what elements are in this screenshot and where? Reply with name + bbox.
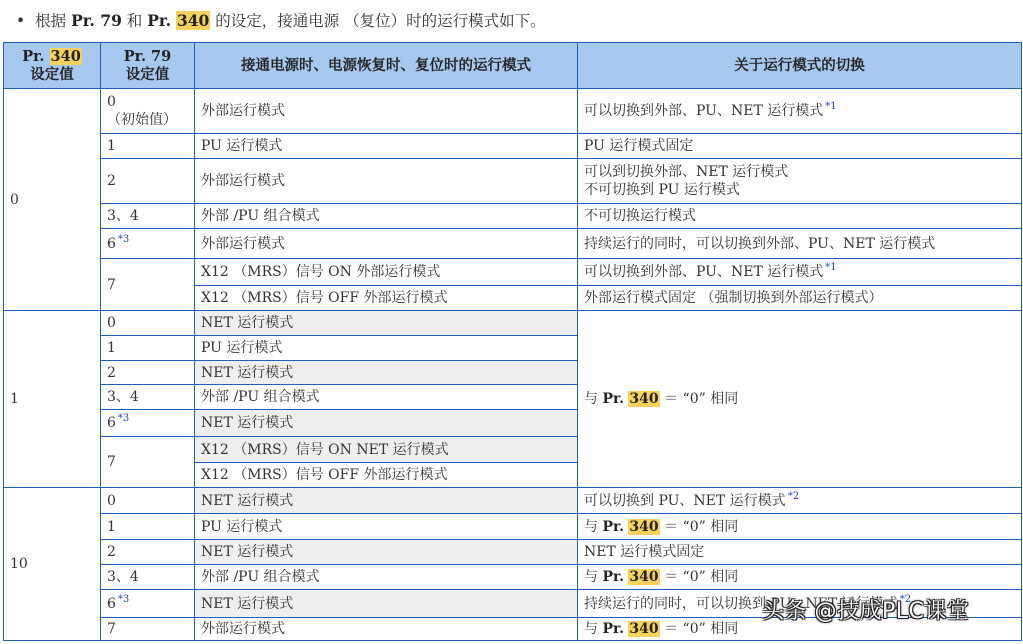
table-header-row: Pr. 340设定值 Pr. 79设定值 接通电源时、电源恢复时、复位时的运行模… — [4, 43, 1022, 89]
pr79-value: 6*3 — [101, 410, 195, 437]
mode-switch: 可以到切换外部、NET 运行模式不可切换到 PU 运行模式 — [578, 159, 1022, 204]
footnote-ref: *2 — [788, 491, 799, 502]
table-row: 3、4 外部 /PU 组合模式 与 Pr. 340 ＝ “0” 相同 — [4, 565, 1022, 590]
footnote-ref: *3 — [118, 234, 129, 245]
startup-mode: X12 （MRS）信号 OFF 外部运行模式 — [195, 286, 578, 311]
mode-switch: 外部运行模式固定 （强制切换到外部运行模式） — [578, 286, 1022, 311]
startup-mode: PU 运行模式 — [195, 336, 578, 361]
pr79-value: 6*3 — [101, 229, 195, 259]
table-row: 2 外部运行模式 可以到切换外部、NET 运行模式不可切换到 PU 运行模式 — [4, 159, 1022, 204]
table-row: 7 X12 （MRS）信号 ON 外部运行模式 可以切换到外部、PU、NET 运… — [4, 259, 1022, 286]
pr79-value: 7 — [101, 618, 195, 641]
mode-switch: 不可切换运行模式 — [578, 204, 1022, 229]
intro-sentence: •根据 Pr. 79 和 Pr. 340 的设定，接通电源 （复位）时的运行模式… — [16, 8, 546, 34]
pr79-value: 3、4 — [101, 385, 195, 410]
startup-mode: NET 运行模式 — [195, 540, 578, 565]
table-row: 3、4 外部 /PU 组合模式 不可切换运行模式 — [4, 204, 1022, 229]
startup-mode: NET 运行模式 — [195, 590, 578, 618]
mode-switch: NET 运行模式固定 — [578, 540, 1022, 565]
watermark: 头条 @技成PLC课堂 — [762, 594, 969, 625]
startup-mode: NET 运行模式 — [195, 361, 578, 385]
header-pr340: Pr. 340设定值 — [4, 43, 101, 89]
header-mode-switch: 关于运行模式的切换 — [578, 43, 1022, 89]
pr79-value: 1 — [101, 514, 195, 540]
startup-mode: 外部 /PU 组合模式 — [195, 385, 578, 410]
startup-mode: 外部运行模式 — [195, 618, 578, 641]
pr79-value: 0（初始值） — [101, 89, 195, 134]
pr340-value: 0 — [4, 89, 101, 311]
mode-switch-same-as-0: 与 Pr. 340 ＝ “0” 相同 — [578, 565, 1022, 590]
mode-switch: 可以切换到外部、PU、NET 运行模式*1 — [578, 259, 1022, 286]
header-pr79: Pr. 79设定值 — [101, 43, 195, 89]
mode-switch: 可以切换到外部、PU、NET 运行模式*1 — [578, 89, 1022, 134]
mode-switch-same-as-0: 与 Pr. 340 ＝ “0” 相同 — [578, 514, 1022, 540]
footnote-ref: *1 — [825, 101, 836, 112]
startup-mode: 外部 /PU 组合模式 — [195, 204, 578, 229]
pr79-value: 3、4 — [101, 204, 195, 229]
table-row: 1 PU 运行模式 与 Pr. 340 ＝ “0” 相同 — [4, 514, 1022, 540]
startup-mode: X12 （MRS）信号 ON 外部运行模式 — [195, 259, 578, 286]
mode-switch: 可以切换到 PU、NET 运行模式*2 — [578, 488, 1022, 514]
pr79-value: 2 — [101, 540, 195, 565]
startup-mode: 外部运行模式 — [195, 159, 578, 204]
startup-mode: PU 运行模式 — [195, 134, 578, 159]
pr79-value: 3、4 — [101, 565, 195, 590]
header-startup-mode: 接通电源时、电源恢复时、复位时的运行模式 — [195, 43, 578, 89]
mode-switch-same-as-0: 与 Pr. 340 ＝ “0” 相同 — [578, 311, 1022, 488]
table-row: 0 0（初始值） 外部运行模式 可以切换到外部、PU、NET 运行模式*1 — [4, 89, 1022, 134]
pr79-value: 0 — [101, 488, 195, 514]
table-row: 1 0 NET 运行模式 与 Pr. 340 ＝ “0” 相同 — [4, 311, 1022, 336]
startup-mode: X12 （MRS）信号 ON NET 运行模式 — [195, 437, 578, 463]
pr340-value: 1 — [4, 311, 101, 488]
pr340-value: 10 — [4, 488, 101, 641]
table-row: 6*3 外部运行模式 持续运行的同时，可以切换到外部、PU、NET 运行模式 — [4, 229, 1022, 259]
pr340-prefix: Pr. — [147, 11, 171, 30]
startup-mode: NET 运行模式 — [195, 311, 578, 336]
bullet-icon: • — [16, 12, 25, 30]
startup-mode: NET 运行模式 — [195, 488, 578, 514]
pr79-value: 2 — [101, 159, 195, 204]
startup-mode: NET 运行模式 — [195, 410, 578, 437]
pr79-value: 1 — [101, 134, 195, 159]
pr79-value: 7 — [101, 437, 195, 488]
mode-switch: 持续运行的同时，可以切换到外部、PU、NET 运行模式 — [578, 229, 1022, 259]
footnote-ref: *3 — [118, 594, 129, 605]
footnote-ref: *1 — [825, 262, 836, 273]
startup-mode: X12 （MRS）信号 OFF 外部运行模式 — [195, 463, 578, 488]
pr79-ref: Pr. 79 — [71, 11, 122, 30]
table-row: 1 PU 运行模式 PU 运行模式固定 — [4, 134, 1022, 159]
pr79-value: 1 — [101, 336, 195, 361]
pr79-value: 0 — [101, 311, 195, 336]
operation-mode-table: Pr. 340设定值 Pr. 79设定值 接通电源时、电源恢复时、复位时的运行模… — [3, 42, 1022, 641]
pr340-highlight: 340 — [176, 11, 210, 30]
mode-switch: PU 运行模式固定 — [578, 134, 1022, 159]
table-row: 10 0 NET 运行模式 可以切换到 PU、NET 运行模式*2 — [4, 488, 1022, 514]
pr79-value: 2 — [101, 361, 195, 385]
startup-mode: 外部 /PU 组合模式 — [195, 565, 578, 590]
footnote-ref: *3 — [118, 413, 129, 424]
pr79-value: 7 — [101, 259, 195, 311]
startup-mode: 外部运行模式 — [195, 89, 578, 134]
startup-mode: 外部运行模式 — [195, 229, 578, 259]
startup-mode: PU 运行模式 — [195, 514, 578, 540]
table-row: 2 NET 运行模式 NET 运行模式固定 — [4, 540, 1022, 565]
pr79-value: 6*3 — [101, 590, 195, 618]
